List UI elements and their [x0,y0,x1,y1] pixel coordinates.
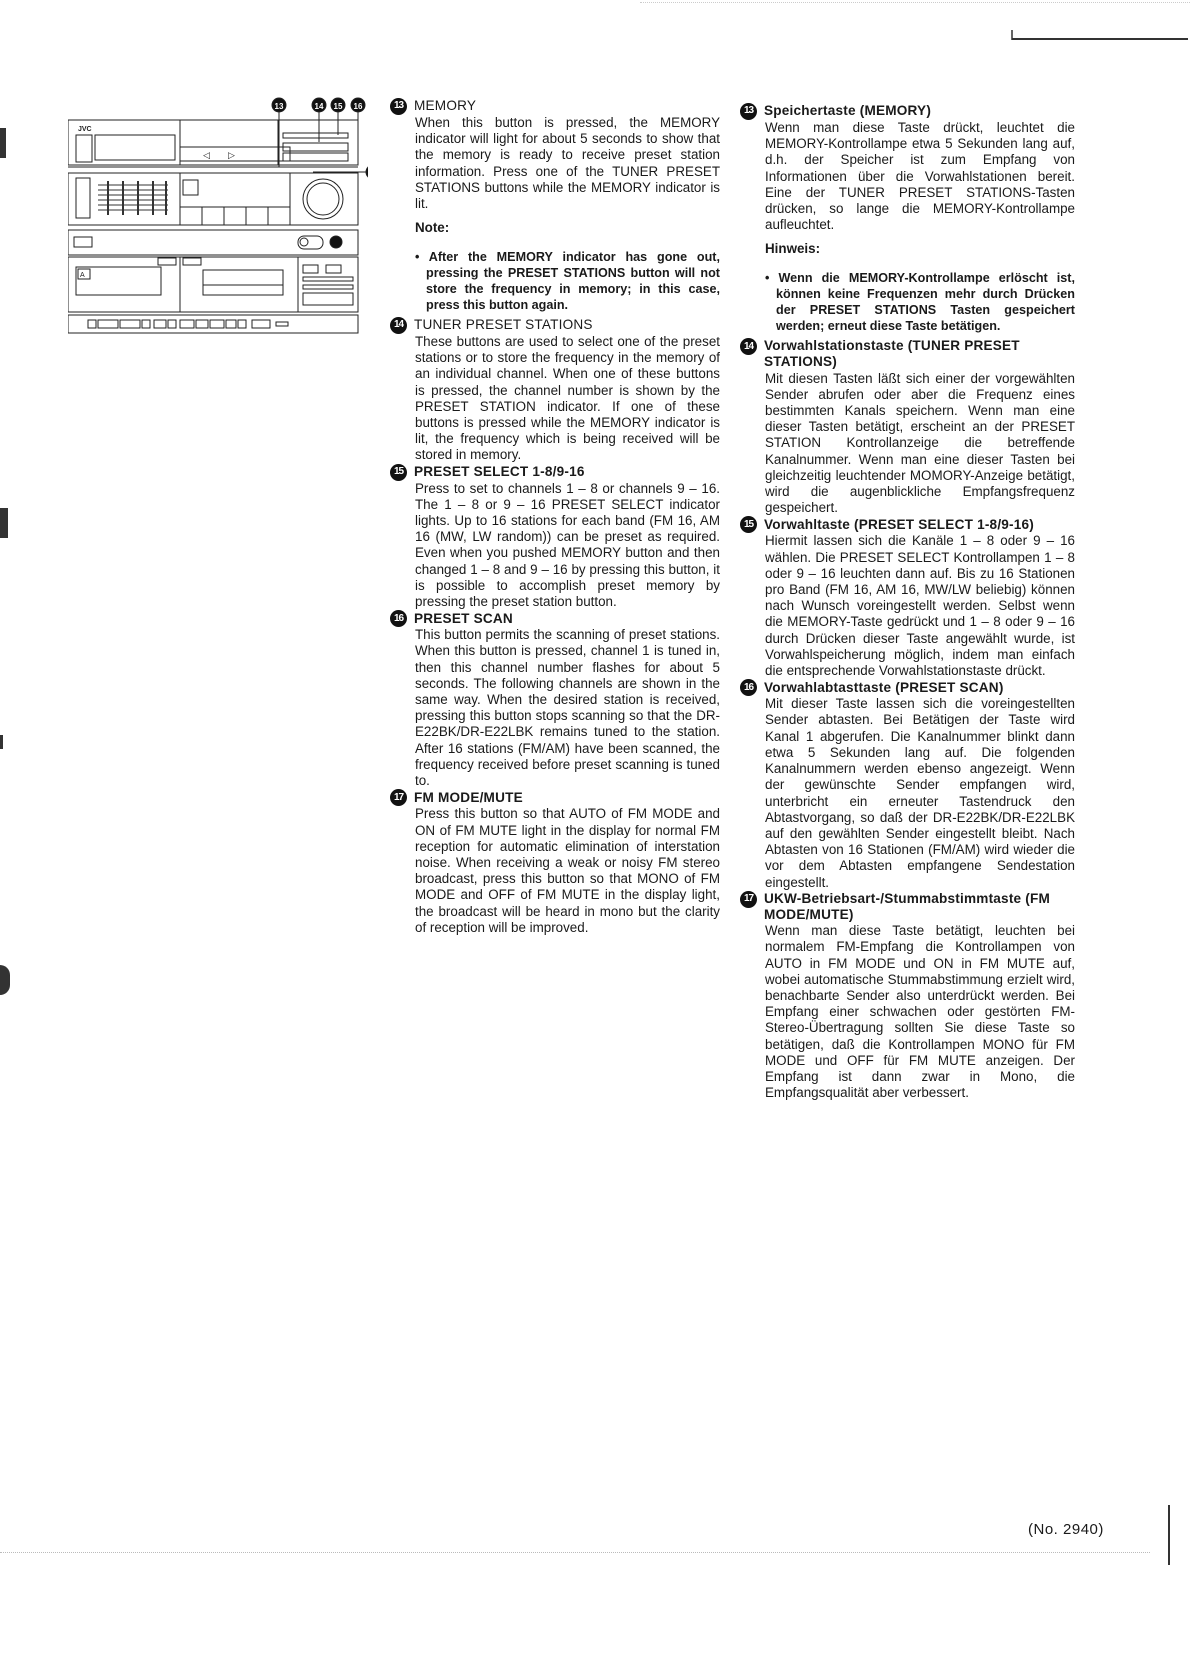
stereo-system-diagram: 13 14 15 16 JVC ◁ ▷ [68,95,368,335]
svg-text:◁: ◁ [203,150,210,160]
item-title: Vorwahlstationstaste (TUNER PRESET STATI… [764,338,1075,370]
item-preset-select-en: 15 PRESET SELECT 1-8/9-16 Press to set t… [415,464,720,611]
item-body: These buttons are used to select one of … [415,334,720,464]
callout-15: 15 [331,98,345,135]
item-body: Wenn man diese Taste betätigt, leuchten … [765,923,1075,1101]
item-title: PRESET SCAN [414,611,513,627]
item-number-badge: 15 [740,516,757,533]
scan-artifact-bottom [0,1552,1150,1554]
item-body: Press to set to channels 1 – 8 or channe… [415,481,720,611]
item-number-badge: 14 [740,338,757,355]
item-number-badge: 13 [390,98,407,115]
svg-text:13: 13 [275,102,284,111]
item-memory-de: 13 Speichertaste (MEMORY) Wenn man diese… [765,103,1075,334]
item-memory-en: 13 MEMORY When this button is pressed, t… [415,98,720,313]
item-title: Vorwahlabtasttaste (PRESET SCAN) [764,680,1004,696]
scan-artifact-left [0,965,10,995]
scan-artifact-top [640,2,1190,4]
item-title: MEMORY [414,98,476,114]
english-column: 13 MEMORY When this button is pressed, t… [415,98,720,936]
item-fm-mode-mute-de: 17 UKW-Betriebsart-/Stummabstimmtaste (F… [765,891,1075,1102]
item-title: Speichertaste (MEMORY) [764,103,931,119]
item-tuner-preset-stations-en: 14 TUNER PRESET STATIONS These buttons a… [415,317,720,464]
item-title: PRESET SELECT 1-8/9-16 [414,464,585,480]
item-number-badge: 13 [740,103,757,120]
note-label: Hinweis: [765,241,1075,257]
item-body: Mit diesen Tasten läßt sich einer der vo… [765,371,1075,517]
item-title: FM MODE/MUTE [414,790,523,806]
item-number-badge: 15 [390,464,407,481]
item-preset-scan-de: 16 Vorwahlabtasttaste (PRESET SCAN) Mit … [765,679,1075,890]
item-title: Vorwahltaste (PRESET SELECT 1-8/9-16) [764,517,1034,533]
item-number-badge: 14 [390,317,407,334]
german-column: 13 Speichertaste (MEMORY) Wenn man diese… [765,103,1075,1101]
svg-text:15: 15 [334,102,343,111]
svg-text:A: A [80,272,85,279]
scan-artifact-left [0,128,6,158]
svg-text:14: 14 [315,102,324,111]
item-number-badge: 16 [390,610,407,627]
item-tuner-preset-stations-de: 14 Vorwahlstationstaste (TUNER PRESET ST… [765,338,1075,516]
item-number-badge: 17 [390,789,407,806]
item-title: TUNER PRESET STATIONS [414,317,593,333]
note-text: • Wenn die MEMORY-Kontrollampe erlöscht … [765,270,1075,334]
item-fm-mode-mute-en: 17 FM MODE/MUTE Press this button so tha… [415,789,720,936]
scan-artifact-left [0,508,8,538]
item-preset-scan-en: 16 PRESET SCAN This button permits the s… [415,610,720,789]
page-number: (No. 2940) [1028,1521,1104,1538]
corner-rule [1168,1505,1170,1565]
svg-text:JVC: JVC [78,126,92,133]
item-body: Hiermit lassen sich die Kanäle 1 – 8 ode… [765,533,1075,679]
item-body: Wenn man diese Taste drückt, leuchtet di… [765,120,1075,233]
item-body: When this button is pressed, the MEMORY … [415,115,720,212]
item-number-badge: 17 [740,891,757,908]
item-preset-select-de: 15 Vorwahltaste (PRESET SELECT 1-8/9-16)… [765,516,1075,679]
item-body: This button permits the scanning of pres… [415,627,720,789]
scan-artifact-left [0,735,3,749]
item-body: Mit dieser Taste lassen sich die voreing… [765,696,1075,890]
item-body: Press this button so that AUTO of FM MOD… [415,806,720,936]
top-rule [1012,38,1188,40]
svg-text:16: 16 [354,102,363,111]
item-title: UKW-Betriebsart-/Stummabstimmtaste (FM M… [764,891,1075,923]
item-number-badge: 16 [740,679,757,696]
note-label: Note: [415,220,720,236]
note-text: • After the MEMORY indicator has gone ou… [415,249,720,313]
svg-text:▷: ▷ [228,150,235,160]
